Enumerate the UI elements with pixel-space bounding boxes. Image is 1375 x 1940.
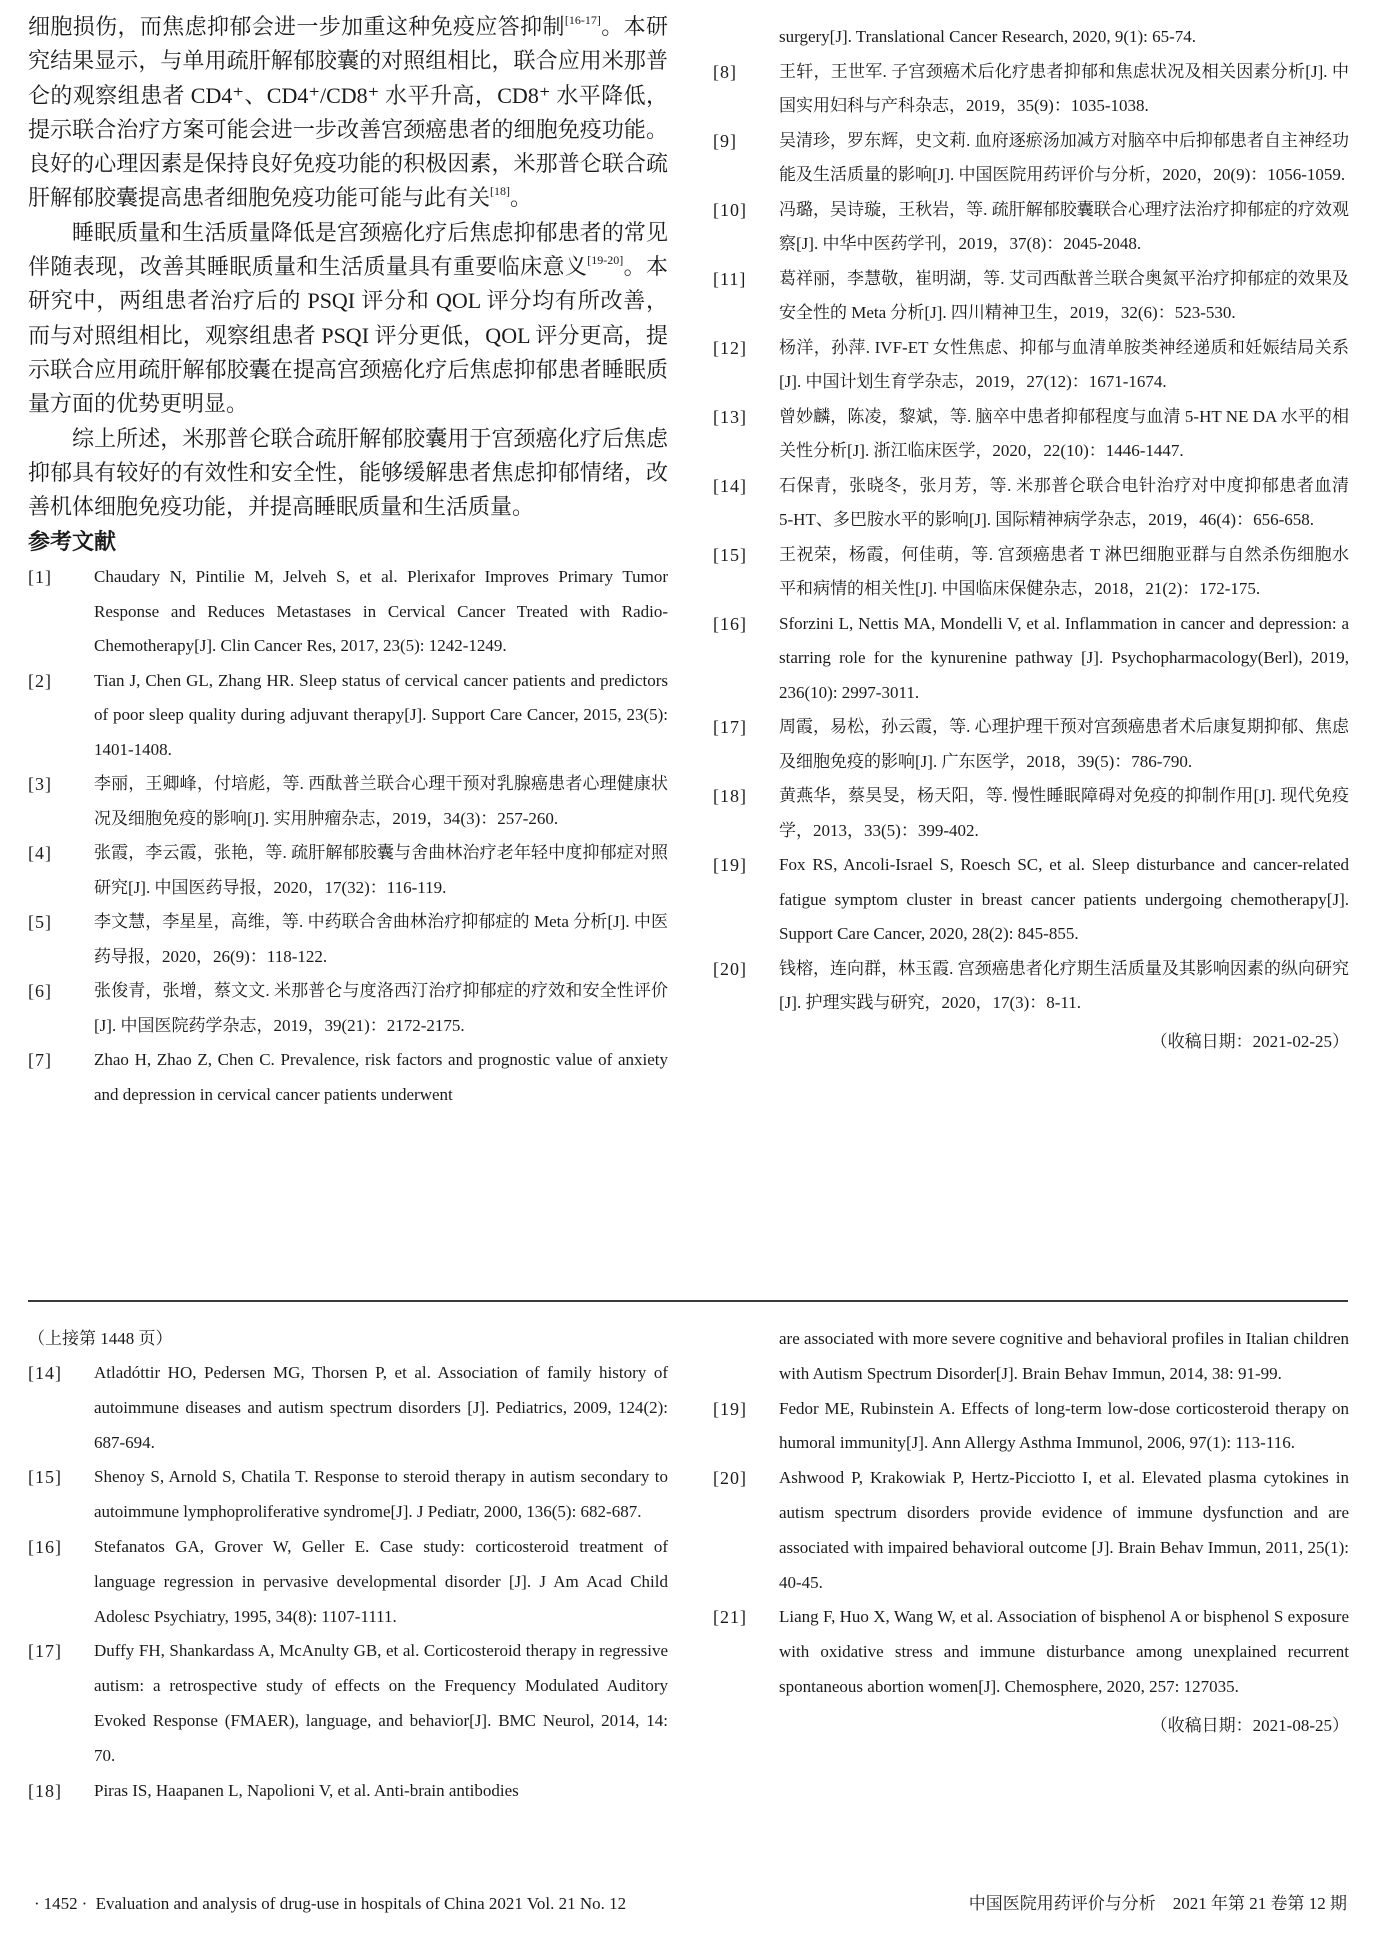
citation-marker: [18] <box>490 184 510 198</box>
reference-text: 杨洋，孙萍. IVF-ET 女性焦虑、抑郁与血清单胺类神经递质和妊娠结局关系[J… <box>779 338 1349 392</box>
reference-number: [15] <box>28 1460 88 1495</box>
reference-item: [8]王轩，王世军. 子宫颈癌术后化疗患者抑郁和焦虑状况及相关因素分析[J]. … <box>713 55 1349 124</box>
reference-number: [12] <box>713 331 773 366</box>
reference-item: [18]黄燕华，蔡昊旻，杨天阳，等. 慢性睡眠障碍对免疫的抑制作用[J]. 现代… <box>713 779 1349 848</box>
reference-text: 王祝荣，杨霞，何佳萌，等. 宫颈癌患者 T 淋巴细胞亚群与自然杀伤细胞水平和病情… <box>779 545 1349 599</box>
reference-number: [16] <box>713 607 773 642</box>
reference-list: [8]王轩，王世军. 子宫颈癌术后化疗患者抑郁和焦虑状况及相关因素分析[J]. … <box>713 55 1349 1021</box>
reference-item: [4]张霞，李云霞，张艳，等. 疏肝解郁胶囊与舍曲林治疗老年轻中度抑郁症对照研究… <box>28 836 668 905</box>
lower-right-column: are associated with more severe cognitiv… <box>713 1322 1349 1743</box>
reference-text: 冯璐，吴诗璇，王秋岩，等. 疏肝解郁胶囊联合心理疗法治疗抑郁症的疗效观察[J].… <box>779 200 1349 254</box>
reference-text: 周霞，易松，孙云霞，等. 心理护理干预对宫颈癌患者术后康复期抑郁、焦虑及细胞免疫… <box>779 717 1349 771</box>
reference-text: Atladóttir HO, Pedersen MG, Thorsen P, e… <box>94 1363 668 1452</box>
paragraph-text: 。本研究结果显示，与单用疏肝解郁胶囊的对照组相比，联合应用米那普仑的观察组患者 … <box>28 14 668 210</box>
reference-number: [5] <box>28 905 88 940</box>
conclusion-paragraph: 综上所述，米那普仑联合疏肝解郁胶囊用于宫颈癌化疗后焦虑抑郁具有较好的有效性和安全… <box>28 422 668 525</box>
paragraph-text: 睡眠质量和生活质量降低是宫颈癌化疗后焦虑抑郁患者的常见伴随表现，改善其睡眠质量和… <box>28 220 668 279</box>
reference-text: Zhao H, Zhao Z, Chen C. Prevalence, risk… <box>94 1050 668 1104</box>
reference-item: [21]Liang F, Huo X, Wang W, et al. Assoc… <box>713 1600 1349 1704</box>
reference-item: [6]张俊青，张增，蔡文文. 米那普仑与度洛西汀治疗抑郁症的疗效和安全性评价[J… <box>28 974 668 1043</box>
reference-item: [17]Duffy FH, Shankardass A, McAnulty GB… <box>28 1634 668 1773</box>
page-footer-right: 中国医院用药评价与分析 2021 年第 21 卷第 12 期 <box>969 1893 1347 1915</box>
reference-number: [8] <box>713 55 773 90</box>
reference-number: [17] <box>28 1634 88 1669</box>
reference-continuation: surgery[J]. Translational Cancer Researc… <box>713 20 1349 55</box>
reference-text: 王轩，王世军. 子宫颈癌术后化疗患者抑郁和焦虑状况及相关因素分析[J]. 中国实… <box>779 62 1349 116</box>
reference-text: 葛祥丽，李慧敬，崔明湖，等. 艾司西酞普兰联合奥氮平治疗抑郁症的效果及安全性的 … <box>779 269 1349 323</box>
reference-text: Shenoy S, Arnold S, Chatila T. Response … <box>94 1467 668 1521</box>
reference-text: Stefanatos GA, Grover W, Geller E. Case … <box>94 1537 668 1626</box>
reference-text: 吴清珍，罗东辉，史文莉. 血府逐瘀汤加减方对脑卒中后抑郁患者自主神经功能及生活质… <box>779 131 1349 185</box>
reference-number: [21] <box>713 1600 773 1635</box>
reference-text: Duffy FH, Shankardass A, McAnulty GB, et… <box>94 1641 668 1764</box>
citation-marker: [19-20] <box>587 253 623 267</box>
reference-list: [14]Atladóttir HO, Pedersen MG, Thorsen … <box>28 1356 668 1808</box>
reference-item: [18]Piras IS, Haapanen L, Napolioni V, e… <box>28 1774 668 1809</box>
reference-text: Fox RS, Ancoli-Israel S, Roesch SC, et a… <box>779 855 1349 943</box>
reference-item: [20]钱榕，连向群，林玉霞. 宫颈癌患者化疗期生活质量及其影响因素的纵向研究[… <box>713 952 1349 1021</box>
reference-number: [18] <box>28 1774 88 1809</box>
reference-item: [5]李文慧，李星星，高维，等. 中药联合舍曲林治疗抑郁症的 Meta 分析[J… <box>28 905 668 974</box>
article-divider <box>28 1300 1348 1302</box>
reference-text: 石保青，张晓冬，张月芳，等. 米那普仑联合电针治疗对中度抑郁患者血清 5-HT、… <box>779 476 1349 530</box>
reference-text: are associated with more severe cognitiv… <box>779 1329 1349 1383</box>
reference-text: Fedor ME, Rubinstein A. Effects of long-… <box>779 1399 1349 1453</box>
lower-left-column: （上接第 1448 页） [14]Atladóttir HO, Pedersen… <box>28 1322 668 1808</box>
reference-item: [14]石保青，张晓冬，张月芳，等. 米那普仑联合电针治疗对中度抑郁患者血清 5… <box>713 469 1349 538</box>
reference-continuation: are associated with more severe cognitiv… <box>713 1322 1349 1392</box>
reference-number: [15] <box>713 538 773 573</box>
paragraph-text: 细胞损伤，而焦虑抑郁会进一步加重这种免疫应答抑制 <box>28 14 565 39</box>
reference-item: [9]吴清珍，罗东辉，史文莉. 血府逐瘀汤加减方对脑卒中后抑郁患者自主神经功能及… <box>713 124 1349 193</box>
discussion-paragraph-1: 细胞损伤，而焦虑抑郁会进一步加重这种免疫应答抑制[16-17]。本研究结果显示，… <box>28 10 668 216</box>
reference-item: [1]Chaudary N, Pintilie M, Jelveh S, et … <box>28 560 668 664</box>
reference-number: [7] <box>28 1043 88 1078</box>
reference-list: [1]Chaudary N, Pintilie M, Jelveh S, et … <box>28 560 668 1112</box>
reference-item: [11]葛祥丽，李慧敬，崔明湖，等. 艾司西酞普兰联合奥氮平治疗抑郁症的效果及安… <box>713 262 1349 331</box>
reference-number: [2] <box>28 664 88 699</box>
reference-number: [9] <box>713 124 773 159</box>
reference-number: [3] <box>28 767 88 802</box>
received-date: （收稿日期：2021-02-25） <box>713 1025 1349 1059</box>
reference-list: [19]Fedor ME, Rubinstein A. Effects of l… <box>713 1392 1349 1705</box>
paragraph-text: 。 <box>510 185 532 210</box>
page-footer-left: ·1452· Evaluation and analysis of drug-u… <box>30 1893 626 1915</box>
reference-item: [14]Atladóttir HO, Pedersen MG, Thorsen … <box>28 1356 668 1460</box>
continued-from-note: （上接第 1448 页） <box>28 1322 668 1356</box>
reference-text: 张霞，李云霞，张艳，等. 疏肝解郁胶囊与舍曲林治疗老年轻中度抑郁症对照研究[J]… <box>94 843 668 897</box>
reference-number: [14] <box>28 1356 88 1391</box>
reference-number: [18] <box>713 779 773 814</box>
reference-item: [7]Zhao H, Zhao Z, Chen C. Prevalence, r… <box>28 1043 668 1112</box>
reference-number: [4] <box>28 836 88 871</box>
reference-text: Sforzini L, Nettis MA, Mondelli V, et al… <box>779 614 1349 702</box>
reference-number: [20] <box>713 952 773 987</box>
reference-item: [16]Sforzini L, Nettis MA, Mondelli V, e… <box>713 607 1349 711</box>
reference-number: [10] <box>713 193 773 228</box>
reference-number: [19] <box>713 1392 773 1427</box>
reference-number: [19] <box>713 848 773 883</box>
reference-item: [17]周霞，易松，孙云霞，等. 心理护理干预对宫颈癌患者术后康复期抑郁、焦虑及… <box>713 710 1349 779</box>
reference-number: [11] <box>713 262 773 297</box>
reference-item: [16]Stefanatos GA, Grover W, Geller E. C… <box>28 1530 668 1634</box>
reference-item: [15]Shenoy S, Arnold S, Chatila T. Respo… <box>28 1460 668 1530</box>
bullet-dot: · <box>30 1894 44 1913</box>
reference-text: Ashwood P, Krakowiak P, Hertz-Picciotto … <box>779 1468 1349 1591</box>
reference-item: [13]曾妙麟，陈凌，黎斌，等. 脑卒中患者抑郁程度与血清 5-HT NE DA… <box>713 400 1349 469</box>
references-heading: 参考文献 <box>28 528 668 558</box>
reference-item: [20]Ashwood P, Krakowiak P, Hertz-Piccio… <box>713 1461 1349 1600</box>
reference-item: [3]李丽，王卿峰，付培彪，等. 西酞普兰联合心理干预对乳腺癌患者心理健康状况及… <box>28 767 668 836</box>
reference-item: [15]王祝荣，杨霞，何佳萌，等. 宫颈癌患者 T 淋巴细胞亚群与自然杀伤细胞水… <box>713 538 1349 607</box>
upper-left-column: 细胞损伤，而焦虑抑郁会进一步加重这种免疫应答抑制[16-17]。本研究结果显示，… <box>28 10 668 1112</box>
citation-marker: [16-17] <box>565 13 601 27</box>
reference-text: 黄燕华，蔡昊旻，杨天阳，等. 慢性睡眠障碍对免疫的抑制作用[J]. 现代免疫学，… <box>779 786 1349 840</box>
reference-text: surgery[J]. Translational Cancer Researc… <box>779 27 1196 46</box>
received-date: （收稿日期：2021-08-25） <box>713 1709 1349 1743</box>
reference-number: [20] <box>713 1461 773 1496</box>
issue-info-cn: 2021 年第 21 卷第 12 期 <box>1173 1894 1347 1913</box>
reference-number: [14] <box>713 469 773 504</box>
reference-item: [12]杨洋，孙萍. IVF-ET 女性焦虑、抑郁与血清单胺类神经递质和妊娠结局… <box>713 331 1349 400</box>
reference-number: [6] <box>28 974 88 1009</box>
reference-text: 张俊青，张增，蔡文文. 米那普仑与度洛西汀治疗抑郁症的疗效和安全性评价[J]. … <box>94 981 668 1035</box>
reference-item: [19]Fedor ME, Rubinstein A. Effects of l… <box>713 1392 1349 1462</box>
reference-item: [2]Tian J, Chen GL, Zhang HR. Sleep stat… <box>28 664 668 768</box>
reference-number: [1] <box>28 560 88 595</box>
reference-number: [17] <box>713 710 773 745</box>
reference-text: 曾妙麟，陈凌，黎斌，等. 脑卒中患者抑郁程度与血清 5-HT NE DA 水平的… <box>779 407 1349 461</box>
reference-text: Tian J, Chen GL, Zhang HR. Sleep status … <box>94 671 668 759</box>
reference-item: [19]Fox RS, Ancoli-Israel S, Roesch SC, … <box>713 848 1349 952</box>
reference-text: Piras IS, Haapanen L, Napolioni V, et al… <box>94 1781 519 1800</box>
reference-text: Chaudary N, Pintilie M, Jelveh S, et al.… <box>94 567 668 655</box>
journal-name-en: Evaluation and analysis of drug-use in h… <box>96 1894 627 1913</box>
reference-text: 李文慧，李星星，高维，等. 中药联合舍曲林治疗抑郁症的 Meta 分析[J]. … <box>94 912 668 966</box>
reference-number: [13] <box>713 400 773 435</box>
page-number: 1452 <box>44 1894 78 1913</box>
bullet-dot: · <box>78 1894 92 1913</box>
reference-text: Liang F, Huo X, Wang W, et al. Associati… <box>779 1607 1349 1696</box>
reference-text: 李丽，王卿峰，付培彪，等. 西酞普兰联合心理干预对乳腺癌患者心理健康状况及细胞免… <box>94 774 668 828</box>
reference-text: 钱榕，连向群，林玉霞. 宫颈癌患者化疗期生活质量及其影响因素的纵向研究[J]. … <box>779 959 1349 1013</box>
reference-number: [16] <box>28 1530 88 1565</box>
upper-right-column: surgery[J]. Translational Cancer Researc… <box>713 20 1349 1059</box>
journal-name-cn: 中国医院用药评价与分析 <box>969 1894 1156 1913</box>
discussion-paragraph-2: 睡眠质量和生活质量降低是宫颈癌化疗后焦虑抑郁患者的常见伴随表现，改善其睡眠质量和… <box>28 216 668 422</box>
reference-item: [10]冯璐，吴诗璇，王秋岩，等. 疏肝解郁胶囊联合心理疗法治疗抑郁症的疗效观察… <box>713 193 1349 262</box>
